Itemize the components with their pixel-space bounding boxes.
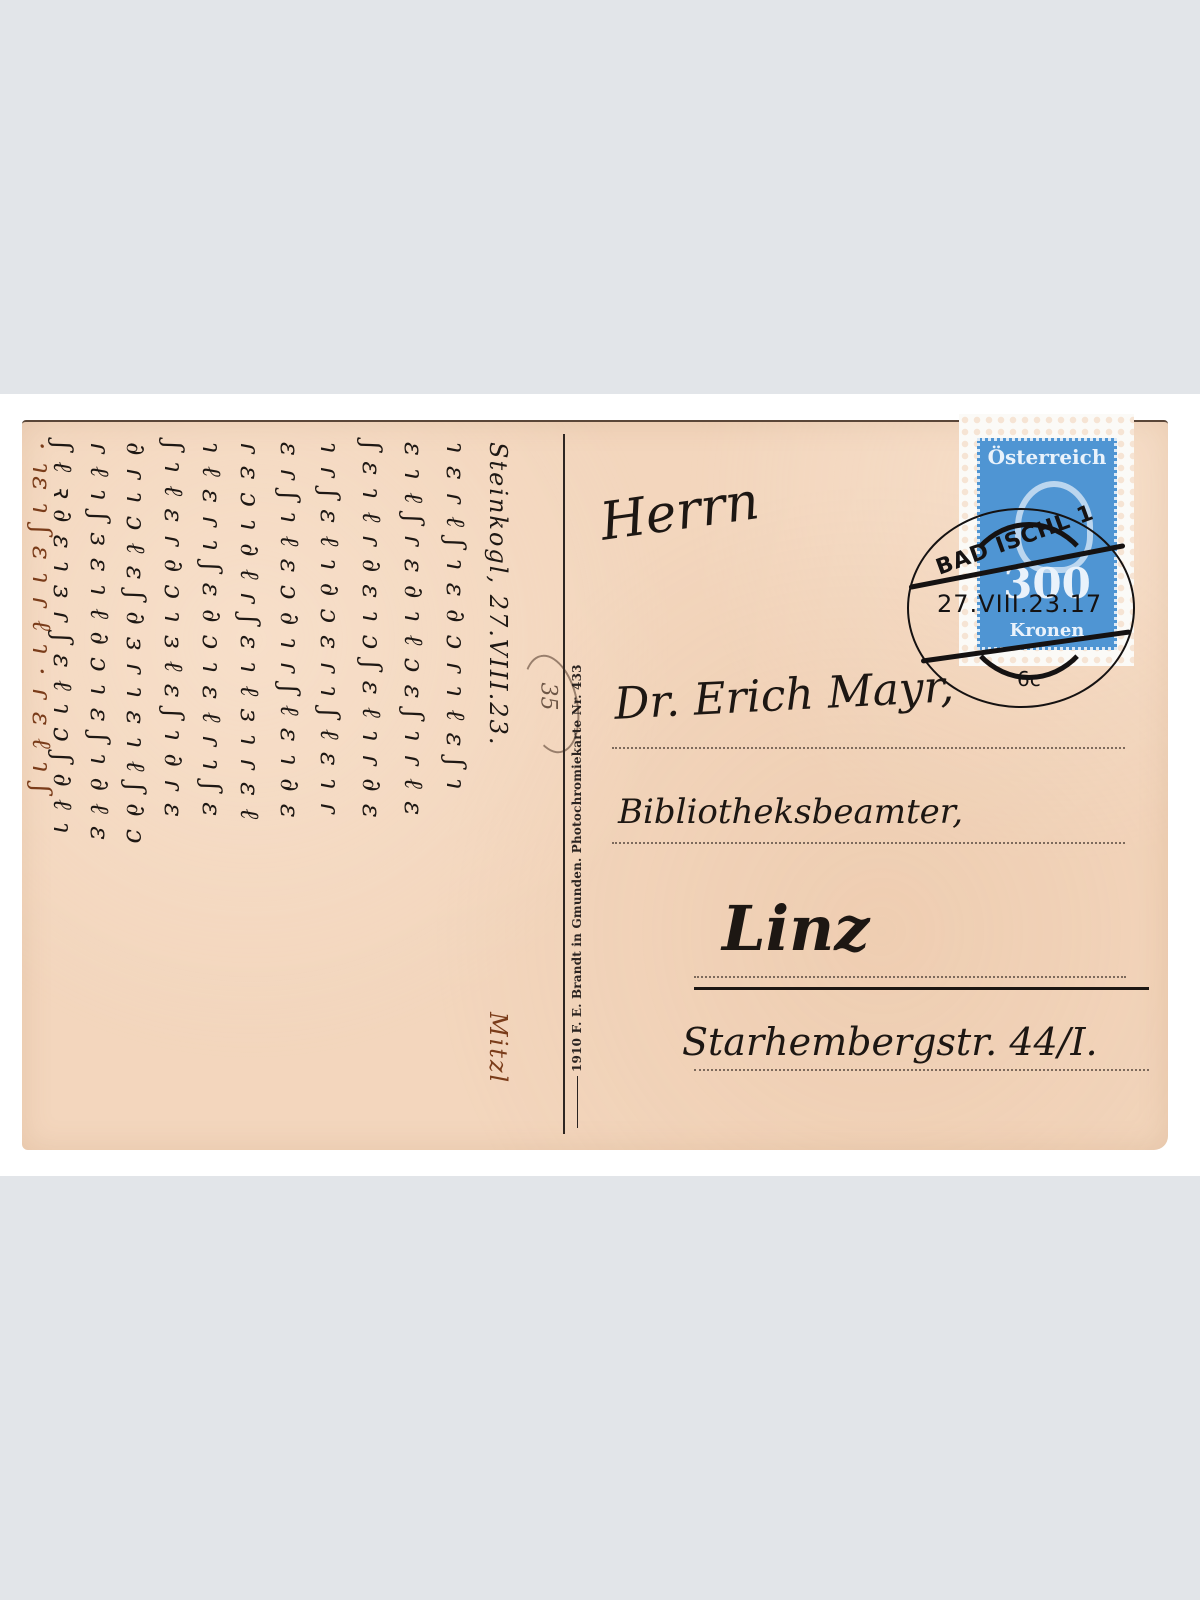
message-place-date: Steinkogl, 27.VIII.23.: [484, 442, 512, 746]
center-divider: [563, 434, 565, 1134]
message-line: ɛ ɾ ʃ ɿ ℓ ɛ ɔ ∂ ɿ ɾ ʃ ℓ ɛ ɿ ∂ ɛ: [274, 442, 304, 820]
postmark-date: 27.VIII.23.17: [937, 590, 1102, 618]
address-line-2: [612, 842, 1125, 844]
postmark-code: 6c: [1017, 667, 1041, 691]
postcard-back: ʃ ℓ ꝛ ∂ ɛ ɿ ɜ ɾ ʃ ɛ ℓ ɿ ɔ ʃ ∂ ℓ ɿ · ɿɛ ɿ…: [22, 420, 1168, 1150]
imprint-rule: [577, 1076, 578, 1128]
message-signature: Mitzl: [484, 1012, 512, 1084]
message-line: ∂ ɾ ɿ ɔ ℓ ɛ ʃ ∂ ɜ ɾ ɿ ɛ ɿ ℓ ʃ ∂ ɔ: [120, 442, 150, 845]
address-city-rule: [694, 987, 1149, 990]
message-line: ɛ ɿ ℓ ʃ ɾ ɛ ∂ ɿ ℓ ɔ ɛ ʃ ɿ ɾ ℓ ɛ: [398, 442, 428, 817]
message-line: ɿ ℓ ɛ ɾ ɿ ʃ ɛ ∂ ɔ ɿ ɛ ℓ ɾ ɿ ʃ ɛ: [196, 442, 226, 818]
address-city: Linz: [722, 892, 869, 965]
message-area: ʃ ℓ ꝛ ∂ ɛ ɿ ɜ ɾ ʃ ɛ ℓ ɿ ɔ ʃ ∂ ℓ ɿ · ɿɛ ɿ…: [42, 442, 562, 1142]
message-line: ɾ ℓ ɿ ʃ ɜ ɛ ɿ ℓ ∂ ɔ ɿ ɛ ʃ ɿ ∂ ℓ ɛ: [84, 442, 114, 842]
address-title: Bibliotheksbeamter,: [618, 792, 963, 832]
address-line-4: [694, 1069, 1149, 1071]
pencil-note: 35: [536, 683, 561, 711]
message-line: ɾ ɛ ɔ ɿ ∂ ℓ ɾ ʃ ɛ ɿ ℓ ɜ ɿ ɾ ɛ ℓ: [234, 442, 264, 821]
publisher-imprint-text: 1910 F. E. Brandt in Gmunden. Photochrom…: [570, 664, 584, 1072]
address-line-3: [694, 976, 1126, 978]
message-line: ʃ ɿ ℓ ɛ ɾ ∂ ɔ ɿ ɜ ℓ ɛ ʃ ɿ ∂ ɾ ɛ: [158, 442, 188, 819]
message-line: ʃ ɛ ɿ ℓ ɾ ∂ ɛ ɿ ɔ ʃ ɛ ℓ ɿ ɾ ∂ ɛ: [356, 442, 386, 820]
message-line: ɿ ɛ ɾ ℓ ʃ ɿ ɛ ∂ ɔ ɾ ɿ ℓ ɛ ʃ ɿ: [440, 442, 470, 792]
publisher-imprint: 1910 F. E. Brandt in Gmunden. Photochrom…: [570, 664, 584, 1128]
message-line: · ɿɛ ɿ ʃ ɛ ɿ ɾ ℓ ɿ · ɾ ɛ ℓ ɿ ʃ: [26, 442, 56, 794]
stamp-country: Österreich: [980, 445, 1114, 469]
message-line: ɿ ɾ ʃ ɛ ℓ ɿ ∂ ɔ ɛ ɾ ɿ ʃ ℓ ɛ ɿ ɾ: [314, 442, 344, 816]
address-street: Starhembergstr. 44/I.: [682, 1020, 1098, 1064]
address-line-1: [612, 747, 1125, 749]
